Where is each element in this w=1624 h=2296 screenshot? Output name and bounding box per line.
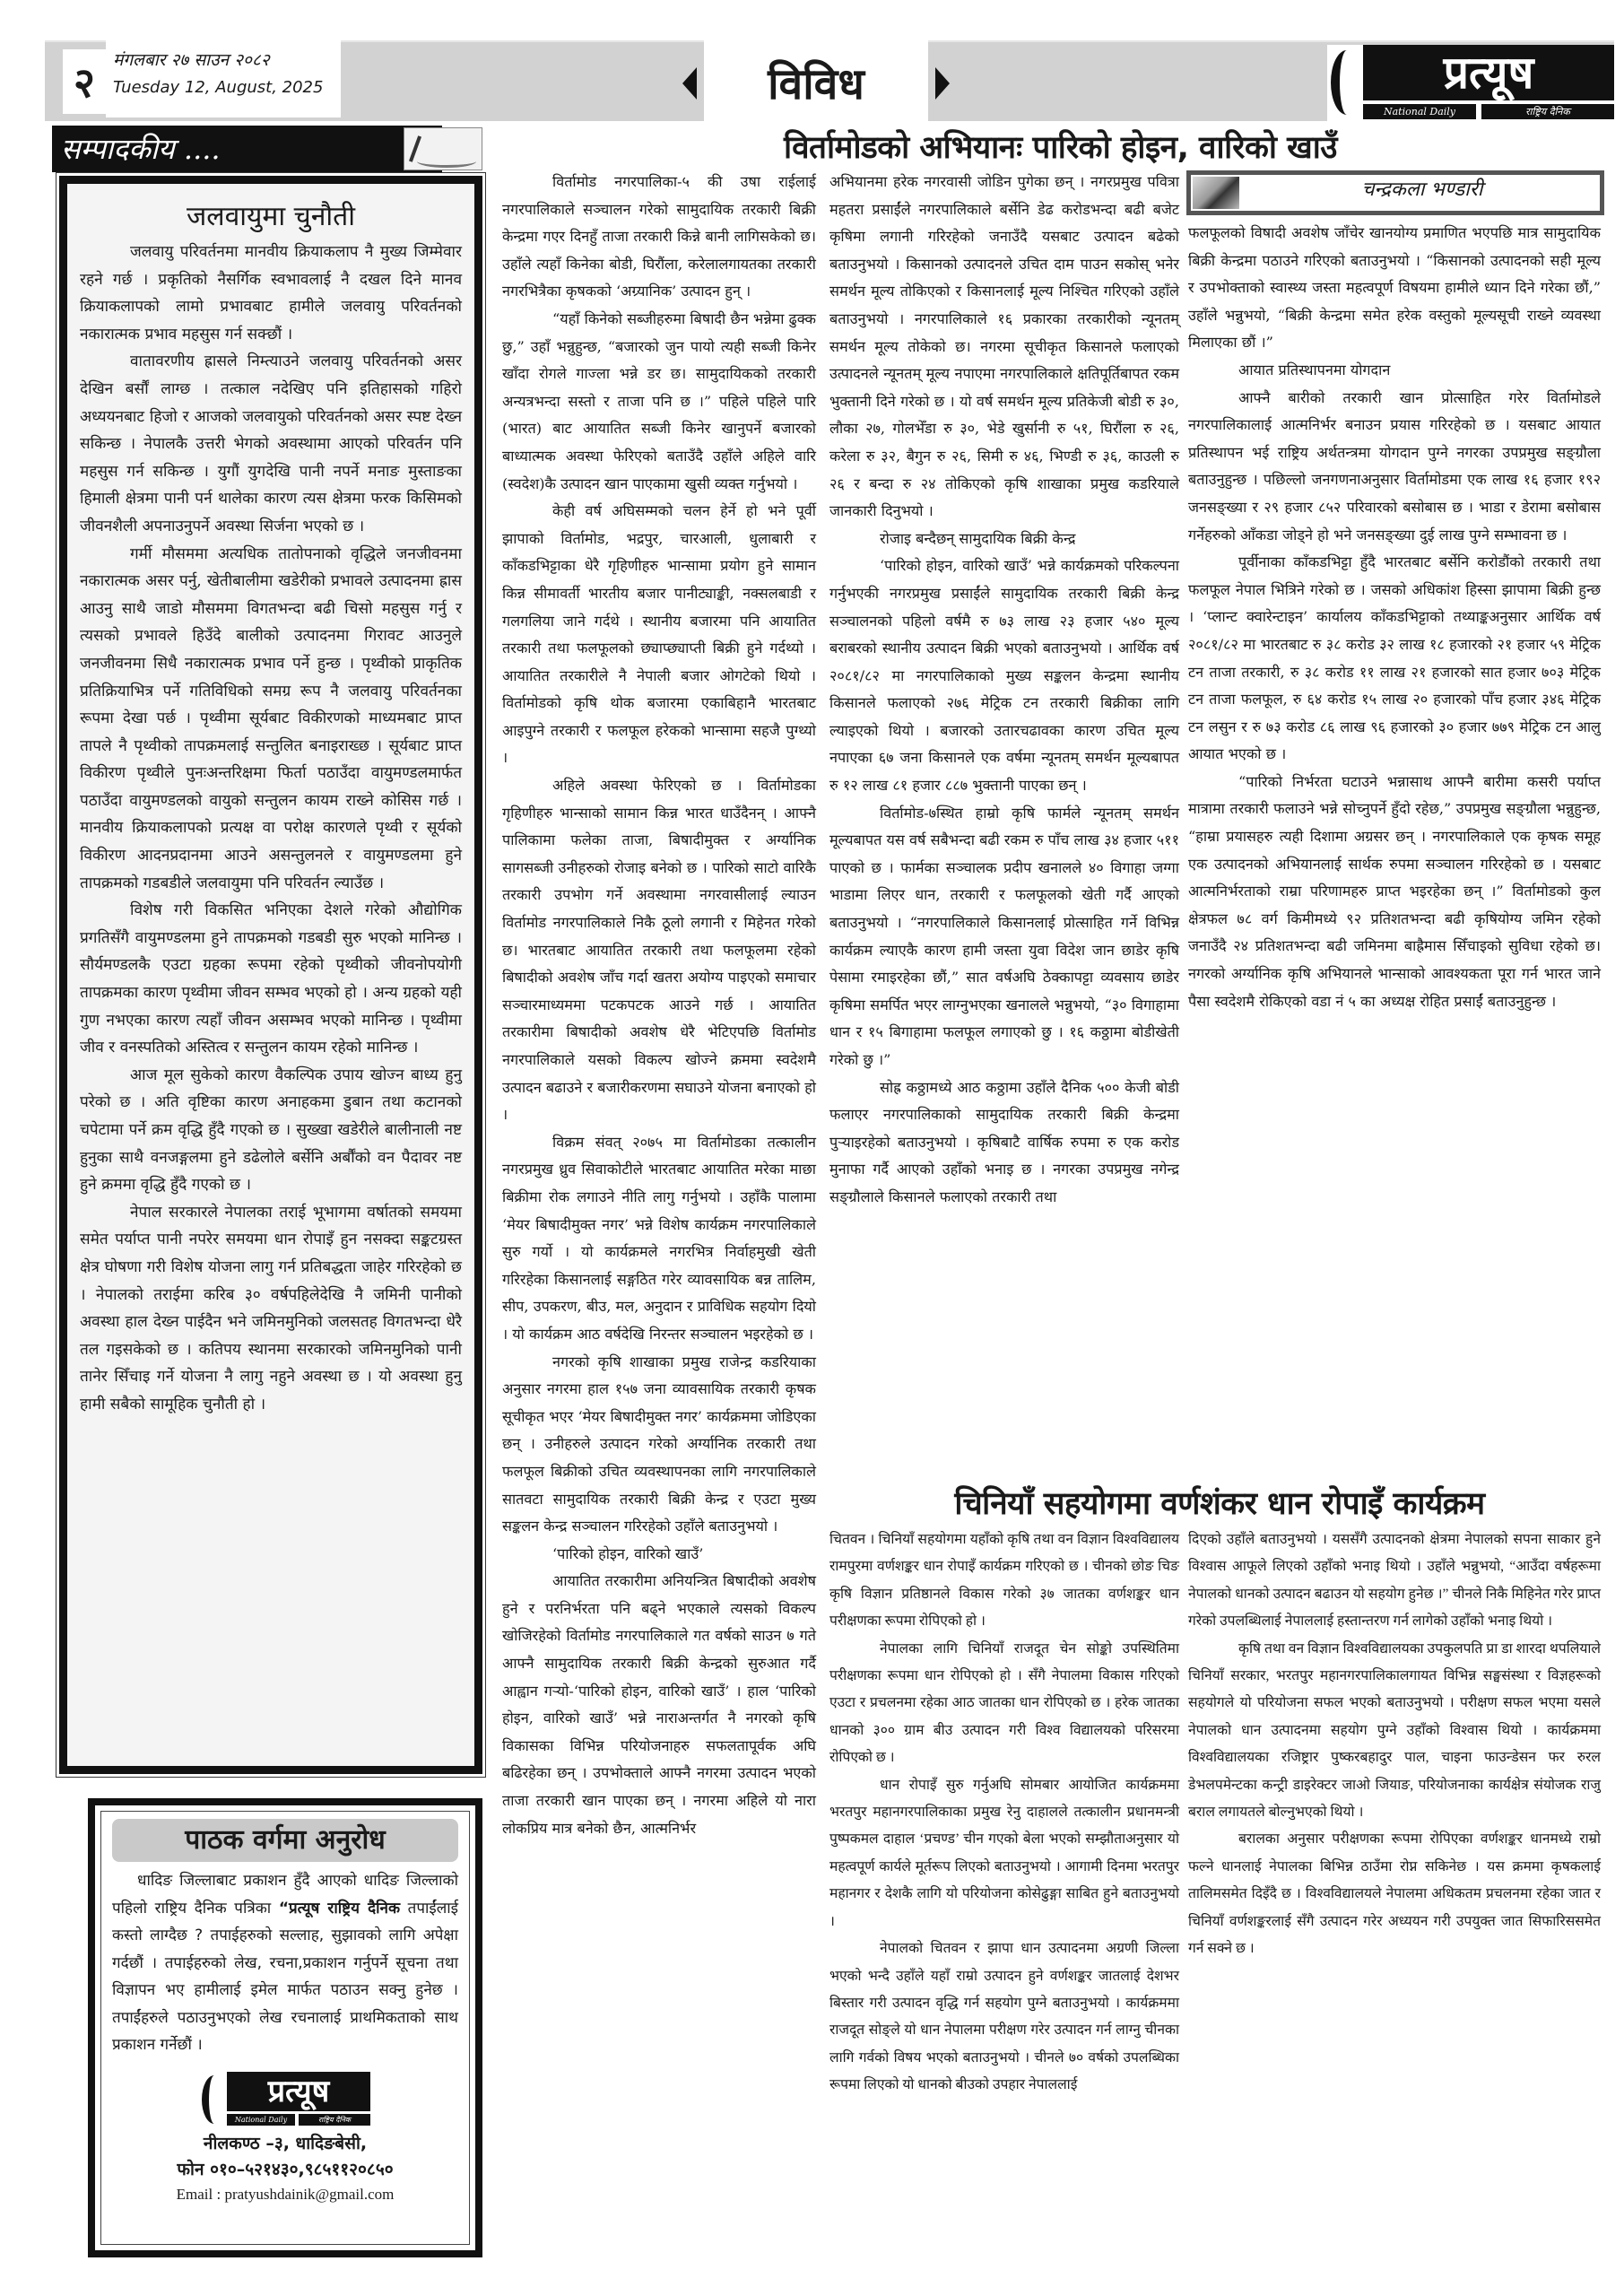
writing-hand-icon: [1193, 177, 1239, 209]
pen-icon: [404, 127, 482, 170]
office-email[interactable]: Email : pratyushdainik@gmail.com: [112, 2183, 458, 2206]
section-nav: विविध: [668, 40, 964, 126]
article-paragraph: नेपालको चितवन र झापा धान उत्पादनमा अग्रण…: [829, 1935, 1179, 2099]
article-2-column-1: चितवन । चिनियाँ सहयोगमा यहाँको कृषि तथा …: [829, 1526, 1179, 2100]
previous-section-arrow-icon[interactable]: [682, 67, 697, 100]
editorial-paragraph: जलवायु परिवर्तनमा मानवीय क्रियाकलाप नै म…: [80, 239, 462, 348]
logo-wordmark: प्रत्यूष: [227, 2072, 370, 2111]
article-2-column-2: दिएको उहाँले बताउनुभयो । यससँगै उत्पादनक…: [1188, 1526, 1601, 1963]
reader-request-text: तपाईंलाई कस्तो लाग्दैछ ? तपाईहरुको सल्ला…: [112, 1900, 458, 2055]
page-number: २: [63, 49, 106, 114]
article-paragraph: फलफूलको विषादी अवशेष जाँचेर खानयोग्य प्र…: [1188, 220, 1601, 357]
article-paragraph: विक्रम संवत् २०७५ मा विर्तामोडका तत्काली…: [502, 1129, 816, 1349]
reader-request-body: धादिङ जिल्लाबाट प्रकाशन हुँदै आएको धादिङ…: [112, 1867, 458, 2059]
article-paragraph: कृषि तथा वन विज्ञान विश्वविद्यालयका उपकु…: [1188, 1636, 1601, 1827]
article-paragraph: अभियानमा हरेक नगरवासी जोडिन पुगेका छन् ।…: [829, 169, 1179, 526]
editorial-paragraph: गर्मी मौसममा अत्यधिक तातोपनाको वृद्धिले …: [80, 541, 462, 898]
article-paragraph: आयातित तरकारीमा अनियन्त्रित बिषादीको अवश…: [502, 1568, 816, 1842]
article-paragraph: बरालका अनुसार परीक्षणका रूपमा रोपिएका वर…: [1188, 1826, 1601, 1962]
article-paragraph: केही वर्ष अघिसम्मको चलन हेर्ने हो भने पू…: [502, 498, 816, 772]
reader-request-title: पाठक वर्गमा अनुरोध: [112, 1819, 458, 1862]
next-section-arrow-icon[interactable]: [935, 67, 950, 100]
newspaper-logo: प्रत्यूष National Daily राष्ट्रिय दैनिक: [1327, 45, 1614, 121]
editorial-title: जलवायुमा चुनौती: [80, 196, 462, 233]
editorial-body: जलवायु परिवर्तनमा मानवीय क्रियाकलाप नै म…: [80, 239, 462, 1419]
section-title: विविध: [704, 40, 928, 126]
article-1-column-3: फलफूलको विषादी अवशेष जाँचेर खानयोग्य प्र…: [1188, 220, 1601, 1015]
article-2-headline: चिनियाँ सहयोगमा वर्णशंकर धान रोपाइँ कार्…: [825, 1482, 1614, 1523]
article-paragraph: नगरको कृषि शाखाका प्रमुख राजेन्द्र कडरिय…: [502, 1349, 816, 1541]
article-paragraph: सोह्र कठ्ठामध्ये आठ कठ्ठामा उहाँले दैनिक…: [829, 1074, 1179, 1212]
article-paragraph: विर्तामोड-७स्थित हाम्रो कृषि फार्मले न्य…: [829, 800, 1179, 1074]
logo-wordmark: प्रत्यूष: [1363, 45, 1614, 100]
article-paragraph: नेपालका लागि चिनियाँ राजदूत चेन सोङ्को उ…: [829, 1636, 1179, 1772]
article-paragraph: दिएको उहाँले बताउनुभयो । यससँगै उत्पादनक…: [1188, 1526, 1601, 1636]
author-name: चन्द्रकला भण्डारी: [1245, 175, 1600, 211]
article-1-headline: विर्तामोडको अभियानः पारिको होइन, वारिको …: [502, 126, 1619, 167]
article-paragraph: “पारिको निर्भरता घटाउने भन्नासाथ आफ्नै ब…: [1188, 769, 1601, 1015]
reader-request-box: पाठक वर्गमा अनुरोध धादिङ जिल्लाबाट प्रका…: [88, 1798, 482, 2257]
date-box: मंगलबार २७ साउन २०८२ Tuesday 12, August,…: [106, 40, 341, 117]
article-subheading: रोजाइ बन्दैछन् सामुदायिक बिक्री केन्द्र: [829, 526, 1179, 553]
editorial-box: जलवायुमा चुनौती जलवायु परिवर्तनमा मानवीय…: [56, 172, 486, 1778]
article-1-column-1: विर्तामोड नगरपालिका-५ की उषा राईलाई नगरप…: [502, 169, 816, 1842]
logo-tag-nepali: राष्ट्रिय दैनिक: [1481, 104, 1614, 119]
logo-tag-english: National Daily: [227, 2114, 295, 2126]
editorial-paragraph: नेपाल सरकारले नेपालका तराई भूभागमा वर्षा…: [80, 1199, 462, 1419]
date-nepali: मंगलबार २७ साउन २०८२: [113, 48, 334, 73]
newspaper-name-bold: “प्रत्यूष राष्ट्रिय दैनिक: [279, 1900, 400, 1918]
article-paragraph: “यहाँ किनेको सब्जीहरुमा बिषादी छैन भन्ने…: [502, 306, 816, 498]
article-paragraph: अहिले अवस्था फेरिएको छ । विर्तामोडका गृह…: [502, 772, 816, 1129]
article-paragraph: विर्तामोड नगरपालिका-५ की उषा राईलाई नगरप…: [502, 169, 816, 306]
editorial-banner: सम्पादकीय ....: [52, 126, 442, 172]
feather-icon: [202, 2075, 227, 2124]
article-paragraph: धान रोपाइँ सुरु गर्नुअघि सोमबार आयोजित क…: [829, 1772, 1179, 1935]
article-paragraph: पूर्वीनाका काँकडभिट्टा हुँदै भारतबाट बर्…: [1188, 549, 1601, 769]
date-english: Tuesday 12, August, 2025: [113, 73, 334, 103]
editorial-paragraph: आज मूल सुकेको कारण वैकल्पिक उपाय खोज्न ब…: [80, 1062, 462, 1199]
article-paragraph: ‘पारिको होइन, वारिको खाउँ’ भन्ने कार्यक्…: [829, 552, 1179, 799]
logo-tag-english: National Daily: [1363, 104, 1476, 119]
feather-icon: [1331, 50, 1363, 115]
editorial-paragraph: विशेष गरी विकसित भनिएका देशले गरेको औद्य…: [80, 897, 462, 1062]
pen-stroke: [417, 155, 476, 168]
editorial-paragraph: वातावरणीय ह्रासले निम्त्याउने जलवायु परि…: [80, 348, 462, 540]
office-address: नीलकण्ठ –३, धादिङबेसी,: [112, 2131, 458, 2157]
article-subheading: आयात प्रतिस्थापनमा योगदान: [1188, 357, 1601, 385]
author-box: चन्द्रकला भण्डारी: [1186, 170, 1604, 215]
article-paragraph: चितवन । चिनियाँ सहयोगमा यहाँको कृषि तथा …: [829, 1526, 1179, 1636]
article-subheading: ‘पारिको होइन, वारिको खाउँ’: [502, 1541, 816, 1569]
newspaper-logo-small: प्रत्यूष National Daily राष्ट्रिय दैनिक: [200, 2072, 370, 2127]
logo-tag-nepali: राष्ट्रिय दैनिक: [299, 2114, 370, 2126]
office-phone: फोन ०१०–५२१४३०,९८५११२०८५०: [112, 2157, 458, 2183]
article-paragraph: आफ्नै बारीको तरकारी खान प्रोत्साहित गरेर…: [1188, 385, 1601, 550]
article-1-column-2: अभियानमा हरेक नगरवासी जोडिन पुगेका छन् ।…: [829, 169, 1179, 1212]
